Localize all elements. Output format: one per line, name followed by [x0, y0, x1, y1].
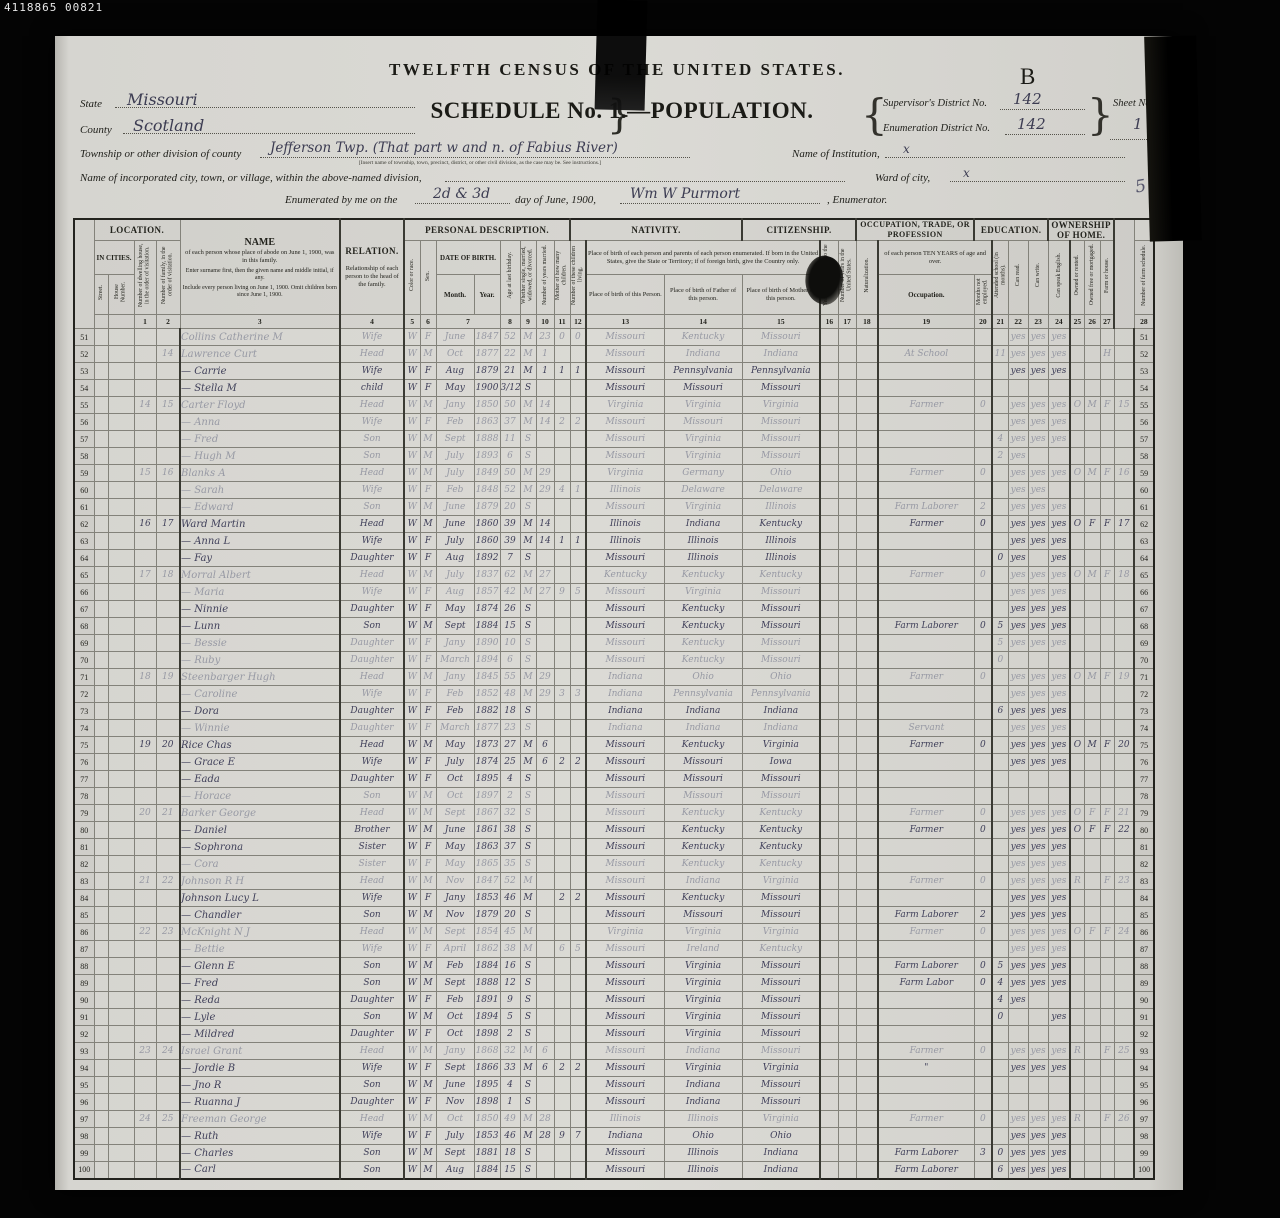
cell-owned-free-mortgaged [1084, 754, 1100, 771]
census-sheet: TWELFTH CENSUS OF THE UNITED STATES. B S… [55, 36, 1183, 1190]
cell-months-not-employed [974, 992, 992, 1009]
cell-owned-free-mortgaged [1084, 635, 1100, 652]
row-number-right: 70 [1134, 652, 1154, 669]
cell-attended-school: 4 [992, 992, 1008, 1009]
cell-marital: M [520, 941, 536, 958]
row-number-left: 86 [74, 924, 94, 941]
cell-relation: Head [340, 465, 404, 482]
row-number-right: 99 [1134, 1145, 1154, 1162]
cell-can-write [1028, 1094, 1048, 1111]
cell-can-write: yes [1028, 1145, 1048, 1162]
cell-dwelling-number [134, 839, 156, 856]
farm-schedule-header: Number of farm schedule. [1134, 241, 1154, 315]
cell-can-write: yes [1028, 754, 1048, 771]
cell-street [94, 703, 108, 720]
cell-sex: M [420, 805, 436, 822]
cell-marital: M [520, 1111, 536, 1128]
cell-pob-mother: Missouri [742, 584, 820, 601]
cell-relation: Head [340, 1043, 404, 1060]
cell-months-not-employed [974, 720, 992, 737]
cell-owned-free-mortgaged [1084, 601, 1100, 618]
can-write-header: Can write. [1028, 241, 1048, 315]
cell-relation: Wife [340, 754, 404, 771]
name-header-note2: Include every person living on June 1, 1… [181, 285, 340, 299]
cell-farm-house: F [1100, 1043, 1114, 1060]
cell-months-not-employed [974, 1162, 992, 1179]
cell-birth-month: April [436, 941, 474, 958]
cell-years-married: 27 [536, 567, 554, 584]
cell-pob-person: Missouri [586, 1026, 664, 1043]
cell-owned-free-mortgaged [1084, 363, 1100, 380]
cell-naturalization [856, 618, 878, 635]
cell-pob-mother: Missouri [742, 601, 820, 618]
cell-sex: M [420, 975, 436, 992]
cell-pob-person: Missouri [586, 771, 664, 788]
cell-marital: M [520, 1043, 536, 1060]
cell-street [94, 720, 108, 737]
colnum-5: 5 [404, 315, 420, 329]
cell-occupation [878, 686, 974, 703]
cell-street [94, 737, 108, 754]
cell-name: Blanks A [180, 465, 340, 482]
cell-can-speak-english: yes [1048, 363, 1070, 380]
cell-children-living [570, 618, 586, 635]
cell-farm-schedule [1114, 550, 1134, 567]
cell-years-married [536, 1026, 554, 1043]
cell-family-number [156, 431, 180, 448]
cell-pob-person: Missouri [586, 414, 664, 431]
cell-name: — Horace [180, 788, 340, 805]
cell-birth-month: Oct [436, 1111, 474, 1128]
colnum-12: 12 [570, 315, 586, 329]
cell-can-write [1028, 771, 1048, 788]
cell-occupation: At School [878, 346, 974, 363]
cell-family-number [156, 686, 180, 703]
cell-naturalization [856, 1111, 878, 1128]
cell-years-married: 6 [536, 1043, 554, 1060]
enumerator-rule [620, 192, 820, 204]
cell-occupation [878, 414, 974, 431]
cell-years-in-us [838, 975, 856, 992]
cell-name: — Cora [180, 856, 340, 873]
cell-immigration-year [820, 499, 838, 516]
cell-years-married [536, 550, 554, 567]
cell-house-number [108, 329, 134, 346]
cell-pob-person: Missouri [586, 1009, 664, 1026]
cell-farm-house: F [1100, 669, 1114, 686]
cell-occupation: Servant [878, 720, 974, 737]
cell-can-read: yes [1008, 584, 1028, 601]
census-row: 94— Jordie BWifeWFSept186633M622Missouri… [74, 1060, 1154, 1077]
cell-relation: Daughter [340, 771, 404, 788]
cell-occupation: Farmer [878, 1111, 974, 1128]
cell-months-not-employed [974, 754, 992, 771]
cell-occupation [878, 601, 974, 618]
cell-occupation [878, 1128, 974, 1145]
cell-family-number [156, 720, 180, 737]
cell-dwelling-number [134, 992, 156, 1009]
cell-can-write: yes [1028, 431, 1048, 448]
state-label: State [80, 98, 102, 110]
cell-dwelling-number: 23 [134, 1043, 156, 1060]
cell-can-write: yes [1028, 363, 1048, 380]
cell-house-number [108, 992, 134, 1009]
cell-mother-of [554, 346, 570, 363]
mother-of-header: Mother of how many children. [554, 241, 570, 315]
row-number-header-right [1114, 219, 1134, 329]
cell-mother-of [554, 397, 570, 414]
cell-children-living [570, 397, 586, 414]
cell-pob-person: Illinois [586, 482, 664, 499]
cell-pob-person: Missouri [586, 448, 664, 465]
cell-years-in-us [838, 1128, 856, 1145]
cell-pob-person: Indiana [586, 686, 664, 703]
cell-years-married [536, 1145, 554, 1162]
cell-relation: Son [340, 1077, 404, 1094]
cell-months-not-employed: 0 [974, 805, 992, 822]
cell-can-write: yes [1028, 329, 1048, 346]
cell-dwelling-number [134, 771, 156, 788]
cell-sex: F [420, 890, 436, 907]
cell-pob-person: Kentucky [586, 567, 664, 584]
cell-farm-schedule [1114, 839, 1134, 856]
cell-children-living [570, 516, 586, 533]
cell-marital: M [520, 873, 536, 890]
cell-name: — Eada [180, 771, 340, 788]
cell-color: W [404, 431, 420, 448]
cell-dwelling-number [134, 907, 156, 924]
cell-age: 52 [500, 482, 520, 499]
cell-family-number: 23 [156, 924, 180, 941]
color-header: Color or race. [404, 241, 420, 315]
cell-farm-house [1100, 550, 1114, 567]
census-row: 56— AnnaWifeWFFeb186337M1422MissouriMiss… [74, 414, 1154, 431]
cell-immigration-year [820, 788, 838, 805]
cell-age: 6 [500, 448, 520, 465]
cell-can-write: yes [1028, 686, 1048, 703]
name-column-header: NAME of each person whose place of abode… [180, 219, 340, 315]
cell-owned-rented [1070, 329, 1084, 346]
cell-occupation [878, 448, 974, 465]
cell-dwelling-number: 22 [134, 924, 156, 941]
cell-can-read: yes [1008, 873, 1028, 890]
cell-occupation [878, 652, 974, 669]
cell-family-number [156, 754, 180, 771]
row-number-left: 72 [74, 686, 94, 703]
cell-pob-father: Kentucky [664, 601, 742, 618]
cell-mother-of [554, 839, 570, 856]
cell-pob-father: Missouri [664, 788, 742, 805]
owned-rented-header: Owned or rented. [1070, 241, 1084, 315]
census-row: 862223McKnight N JHeadWMSept185445MVirgi… [74, 924, 1154, 941]
cell-can-write [1028, 550, 1048, 567]
row-number-left: 74 [74, 720, 94, 737]
cell-age: 39 [500, 516, 520, 533]
cell-house-number [108, 754, 134, 771]
colnum-25: 25 [1070, 315, 1084, 329]
cell-house-number [108, 686, 134, 703]
cell-can-write: yes [1028, 346, 1048, 363]
cell-pob-father: Indiana [664, 703, 742, 720]
cell-children-living: 1 [570, 482, 586, 499]
cell-birth-year: 1895 [474, 771, 500, 788]
cell-street [94, 652, 108, 669]
row-number-right: 54 [1134, 380, 1154, 397]
cell-pob-father: Missouri [664, 414, 742, 431]
cell-name: — Sophrona [180, 839, 340, 856]
cell-occupation: Farm Laborer [878, 1162, 974, 1179]
cell-children-living [570, 924, 586, 941]
cell-marital: M [520, 669, 536, 686]
cell-pob-mother: Virginia [742, 873, 820, 890]
row-number-right: 94 [1134, 1060, 1154, 1077]
cell-birth-year: 1861 [474, 822, 500, 839]
cell-farm-house [1100, 890, 1114, 907]
cell-relation: Daughter [340, 1026, 404, 1043]
cell-birth-month: Sept [436, 431, 474, 448]
cell-birth-month: Oct [436, 1009, 474, 1026]
cell-attended-school [992, 771, 1008, 788]
cell-farm-schedule [1114, 1128, 1134, 1145]
cell-house-number [108, 482, 134, 499]
cell-mother-of [554, 771, 570, 788]
cell-relation: Son [340, 975, 404, 992]
census-row: 92— MildredDaughterWFOct18982SMissouriVi… [74, 1026, 1154, 1043]
cell-immigration-year [820, 652, 838, 669]
cell-owned-free-mortgaged [1084, 873, 1100, 890]
cell-months-not-employed [974, 635, 992, 652]
cell-birth-month: July [436, 1128, 474, 1145]
cell-attended-school [992, 329, 1008, 346]
cell-age: 25 [500, 754, 520, 771]
cell-sex: F [420, 839, 436, 856]
cell-house-number [108, 1077, 134, 1094]
cell-can-write: yes [1028, 907, 1048, 924]
cell-pob-mother: Missouri [742, 958, 820, 975]
cell-color: W [404, 601, 420, 618]
cell-can-write: yes [1028, 482, 1048, 499]
row-number-right: 89 [1134, 975, 1154, 992]
row-number-right: 55 [1134, 397, 1154, 414]
cell-immigration-year [820, 1026, 838, 1043]
row-number-right: 90 [1134, 992, 1154, 1009]
row-number-right: 77 [1134, 771, 1154, 788]
cell-birth-year: 1849 [474, 465, 500, 482]
cell-owned-free-mortgaged [1084, 1111, 1100, 1128]
cell-pob-mother: Kentucky [742, 839, 820, 856]
cell-attended-school [992, 890, 1008, 907]
cell-street [94, 465, 108, 482]
cell-children-living: 7 [570, 1128, 586, 1145]
cell-attended-school: 4 [992, 431, 1008, 448]
cell-can-read: yes [1008, 941, 1028, 958]
row-number-left: 92 [74, 1026, 94, 1043]
ward-label: Ward of city, [875, 172, 930, 184]
cell-birth-year: 1891 [474, 992, 500, 1009]
cell-farm-house: F [1100, 397, 1114, 414]
cell-family-number [156, 907, 180, 924]
cell-marital: M [520, 890, 536, 907]
cell-dwelling-number [134, 499, 156, 516]
cell-attended-school [992, 720, 1008, 737]
cell-farm-house [1100, 907, 1114, 924]
cell-birth-year: 1867 [474, 805, 500, 822]
cell-can-read: yes [1008, 431, 1028, 448]
cell-months-not-employed: 0 [974, 465, 992, 482]
cell-house-number [108, 618, 134, 635]
cell-name: — Anna [180, 414, 340, 431]
sex-header: Sex. [420, 241, 436, 315]
cell-family-number [156, 482, 180, 499]
cell-mother-of [554, 499, 570, 516]
cell-relation: Wife [340, 363, 404, 380]
cell-dwelling-number [134, 550, 156, 567]
cell-birth-year: 1868 [474, 1043, 500, 1060]
cell-street [94, 533, 108, 550]
cell-name: — Caroline [180, 686, 340, 703]
cell-owned-rented [1070, 720, 1084, 737]
cell-color: W [404, 992, 420, 1009]
cell-years-in-us [838, 567, 856, 584]
cell-owned-rented [1070, 431, 1084, 448]
cell-owned-rented [1070, 1060, 1084, 1077]
cell-children-living: 2 [570, 414, 586, 431]
cell-pob-father: Virginia [664, 448, 742, 465]
cell-pob-person: Indiana [586, 1128, 664, 1145]
cell-pob-person: Missouri [586, 737, 664, 754]
cell-mother-of [554, 703, 570, 720]
cell-immigration-year [820, 669, 838, 686]
cell-pob-person: Missouri [586, 346, 664, 363]
cell-color: W [404, 1162, 420, 1179]
cell-farm-schedule [1114, 482, 1134, 499]
cell-children-living [570, 1009, 586, 1026]
cell-owned-free-mortgaged [1084, 975, 1100, 992]
row-number-right: 51 [1134, 329, 1154, 346]
cell-owned-rented [1070, 1162, 1084, 1179]
row-number-left: 89 [74, 975, 94, 992]
cell-sex: F [420, 703, 436, 720]
cell-sex: M [420, 958, 436, 975]
cell-mother-of [554, 550, 570, 567]
cell-family-number [156, 1162, 180, 1179]
cell-age: 18 [500, 703, 520, 720]
cell-owned-rented [1070, 958, 1084, 975]
cell-family-number [156, 635, 180, 652]
cell-naturalization [856, 1043, 878, 1060]
cell-name: — Charles [180, 1145, 340, 1162]
cell-attended-school: 0 [992, 1009, 1008, 1026]
cell-can-speak-english: yes [1048, 958, 1070, 975]
cell-marital: M [520, 1060, 536, 1077]
census-row: 51Collins Catherine MWifeWFJune184752M23… [74, 329, 1154, 346]
cell-pob-father: Virginia [664, 584, 742, 601]
cell-farm-house: H [1100, 346, 1114, 363]
cell-pob-father: Kentucky [664, 890, 742, 907]
cell-months-not-employed [974, 1094, 992, 1111]
cell-immigration-year [820, 856, 838, 873]
cell-pob-father: Virginia [664, 499, 742, 516]
cell-children-living [570, 465, 586, 482]
census-row: 76— Grace EWifeWFJuly187425M622MissouriM… [74, 754, 1154, 771]
cell-occupation [878, 839, 974, 856]
cell-pob-mother: Iowa [742, 754, 820, 771]
cell-color: W [404, 1077, 420, 1094]
city-label: Name of incorporated city, town, or vill… [80, 172, 422, 184]
row-number-left: 75 [74, 737, 94, 754]
cell-months-not-employed [974, 482, 992, 499]
cell-years-married: 27 [536, 584, 554, 601]
cell-farm-house: F [1100, 805, 1114, 822]
cell-children-living [570, 720, 586, 737]
cell-years-in-us [838, 686, 856, 703]
cell-years-married: 14 [536, 414, 554, 431]
cell-months-not-employed [974, 652, 992, 669]
cell-farm-schedule [1114, 448, 1134, 465]
cell-marital: M [520, 516, 536, 533]
cell-color: W [404, 516, 420, 533]
nativity-desc: Place of birth of each person and parent… [586, 241, 820, 275]
cell-mother-of [554, 1094, 570, 1111]
cell-children-living [570, 499, 586, 516]
cell-birth-month: Jany [436, 635, 474, 652]
cell-street [94, 601, 108, 618]
cell-years-married [536, 1077, 554, 1094]
cell-house-number [108, 822, 134, 839]
cell-years-married: 23 [536, 329, 554, 346]
cell-farm-schedule: 25 [1114, 1043, 1134, 1060]
cell-can-write: yes [1028, 720, 1048, 737]
cell-can-read: yes [1008, 720, 1028, 737]
cell-can-write: yes [1028, 601, 1048, 618]
cell-attended-school [992, 584, 1008, 601]
cell-street [94, 499, 108, 516]
cell-age: 39 [500, 533, 520, 550]
cell-farm-house: F [1100, 924, 1114, 941]
cell-farm-schedule: 18 [1114, 567, 1134, 584]
cell-marital: S [520, 635, 536, 652]
cell-can-write [1028, 992, 1048, 1009]
cell-house-number [108, 941, 134, 958]
row-number-right: 92 [1134, 1026, 1154, 1043]
cell-years-married [536, 788, 554, 805]
row-number-right: 97 [1134, 1111, 1154, 1128]
cell-immigration-year [820, 363, 838, 380]
cell-dwelling-number [134, 652, 156, 669]
cell-years-in-us [838, 856, 856, 873]
cell-farm-schedule: 17 [1114, 516, 1134, 533]
cell-birth-month: Jany [436, 397, 474, 414]
cell-pob-mother: Kentucky [742, 856, 820, 873]
cell-can-read: yes [1008, 754, 1028, 771]
cell-occupation: Farmer [878, 924, 974, 941]
cell-pob-person: Missouri [586, 958, 664, 975]
film-scan-stage: 4118865 00821 TWELFTH CENSUS OF THE UNIT… [0, 0, 1280, 1218]
cell-immigration-year [820, 839, 838, 856]
cell-birth-year: 1879 [474, 907, 500, 924]
cell-age: 22 [500, 346, 520, 363]
can-speak-english-header: Can speak English. [1048, 241, 1070, 315]
cell-name: Rice Chas [180, 737, 340, 754]
cell-color: W [404, 873, 420, 890]
cell-years-in-us [838, 669, 856, 686]
cell-age: 5 [500, 1009, 520, 1026]
cell-years-married: 14 [536, 397, 554, 414]
cell-years-in-us [838, 1009, 856, 1026]
cell-months-not-employed [974, 839, 992, 856]
cell-dwelling-number [134, 1162, 156, 1179]
cell-immigration-year [820, 805, 838, 822]
